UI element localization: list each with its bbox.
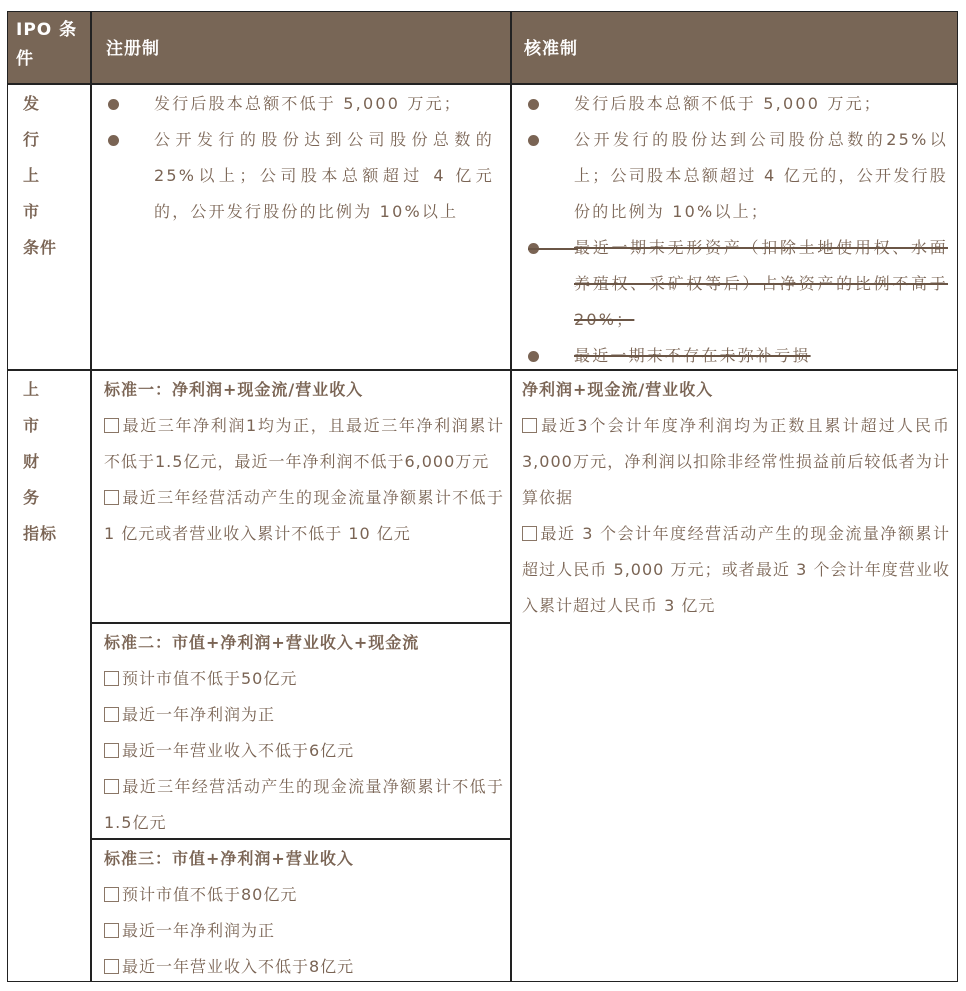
list-item: 最近一年营业收入不低于6亿元 xyxy=(104,733,504,769)
header-registration-system: 注册制 xyxy=(106,34,160,59)
bullet-icon xyxy=(108,135,119,146)
checkbox-icon xyxy=(104,490,119,505)
divider xyxy=(90,622,510,624)
divider xyxy=(8,83,957,85)
issuance-approval-cell: 发行后股本总额不低于 5,000 万元； 公开发行的股份达到公司股份总数的25%… xyxy=(512,86,956,374)
bullet-icon xyxy=(108,99,119,110)
issuance-registration-cell: 发行后股本总额不低于 5,000 万元； 公开发行的股份达到公司股份总数的 25… xyxy=(92,86,508,230)
standard-three-title: 标准三：市值+净利润+营业收入 xyxy=(104,841,504,877)
list-item: 预计市值不低于50亿元 xyxy=(104,661,504,697)
checkbox-icon xyxy=(104,707,119,722)
financial-approval-cell: 净利润+现金流/营业收入 最近3个会计年度净利润均为正数且累计超过人民币3,00… xyxy=(522,372,950,624)
list-item: 发行后股本总额不低于 5,000 万元； xyxy=(512,86,948,122)
label-line: 财 务 xyxy=(23,452,53,507)
list-item: 最近一年净利润为正 xyxy=(104,913,504,949)
label-line: 指标 xyxy=(23,524,57,543)
list-item: 公开发行的股份达到公司股份总数的 25%以上；公司股本总额超过 4 亿元的，公开… xyxy=(92,122,494,230)
checkbox-icon xyxy=(104,887,119,902)
checkbox-icon xyxy=(104,779,119,794)
list-item: 预计市值不低于80亿元 xyxy=(104,877,504,913)
list-item: 最近三年净利润1均为正，且最近三年净利润累计不低于1.5亿元，最近一年净利润不低… xyxy=(104,408,504,480)
bullet-icon xyxy=(528,99,539,110)
label-line: 发 行 xyxy=(23,86,85,158)
header-approval-system: 核准制 xyxy=(524,34,578,59)
checkbox-icon xyxy=(522,526,537,541)
row-label-issuance-conditions: 发 行 上 市 条件 xyxy=(23,86,85,266)
list-item: 最近三年经营活动产生的现金流量净额累计不低于1.5亿元 xyxy=(104,769,504,841)
list-item: 最近三年经营活动产生的现金流量净额累计不低于 1 亿元或者营业收入累计不低于 1… xyxy=(104,480,504,552)
label-line: 上 市 xyxy=(23,380,53,435)
list-item-struck: 最近一期末不存在未弥补亏损 xyxy=(512,338,948,374)
list-item: 公开发行的股份达到公司股份总数的25%以上；公司股本总额超过 4 亿元的，公开发… xyxy=(512,122,948,230)
standard-one-title: 标准一：净利润+现金流/营业收入 xyxy=(104,372,504,408)
bullet-icon xyxy=(528,135,539,146)
row-label-financial-indicators: 上 市 财 务 指标 xyxy=(23,372,85,552)
label-line: 条件 xyxy=(23,238,57,257)
header-ipo-conditions: IPO 条件 xyxy=(16,16,90,74)
bullet-icon xyxy=(528,351,539,362)
checkbox-icon xyxy=(104,959,119,974)
checkbox-icon xyxy=(104,923,119,938)
checkbox-icon xyxy=(522,418,537,433)
checkbox-icon xyxy=(104,743,119,758)
approval-standard-title: 净利润+现金流/营业收入 xyxy=(522,372,950,408)
checkbox-icon xyxy=(104,671,119,686)
list-item: 最近 3 个会计年度经营活动产生的现金流量净额累计超过人民币 5,000 万元；… xyxy=(522,516,950,624)
list-item: 发行后股本总额不低于 5,000 万元； xyxy=(92,86,494,122)
standard-one-section: 标准一：净利润+现金流/营业收入 最近三年净利润1均为正，且最近三年净利润累计不… xyxy=(104,372,504,552)
label-line: 上 市 xyxy=(23,158,85,230)
bullet-icon xyxy=(528,243,539,254)
ipo-comparison-table: IPO 条件 注册制 核准制 发 行 上 市 条件 发行后股本总额不低于 5,0… xyxy=(7,11,958,982)
standard-three-section: 标准三：市值+净利润+营业收入 预计市值不低于80亿元 最近一年净利润为正 最近… xyxy=(104,841,504,985)
list-item-struck: 最近一期末无形资产（扣除土地使用权、水面养殖权、采矿权等后）占净资产的比例不高于… xyxy=(512,230,948,338)
checkbox-icon xyxy=(104,418,119,433)
standard-two-title: 标准二：市值+净利润+营业收入+现金流 xyxy=(104,625,504,661)
list-item: 最近一年净利润为正 xyxy=(104,697,504,733)
list-item: 最近3个会计年度净利润均为正数且累计超过人民币3,000万元，净利润以扣除非经常… xyxy=(522,408,950,516)
standard-two-section: 标准二：市值+净利润+营业收入+现金流 预计市值不低于50亿元 最近一年净利润为… xyxy=(104,625,504,841)
list-item: 最近一年营业收入不低于8亿元 xyxy=(104,949,504,985)
